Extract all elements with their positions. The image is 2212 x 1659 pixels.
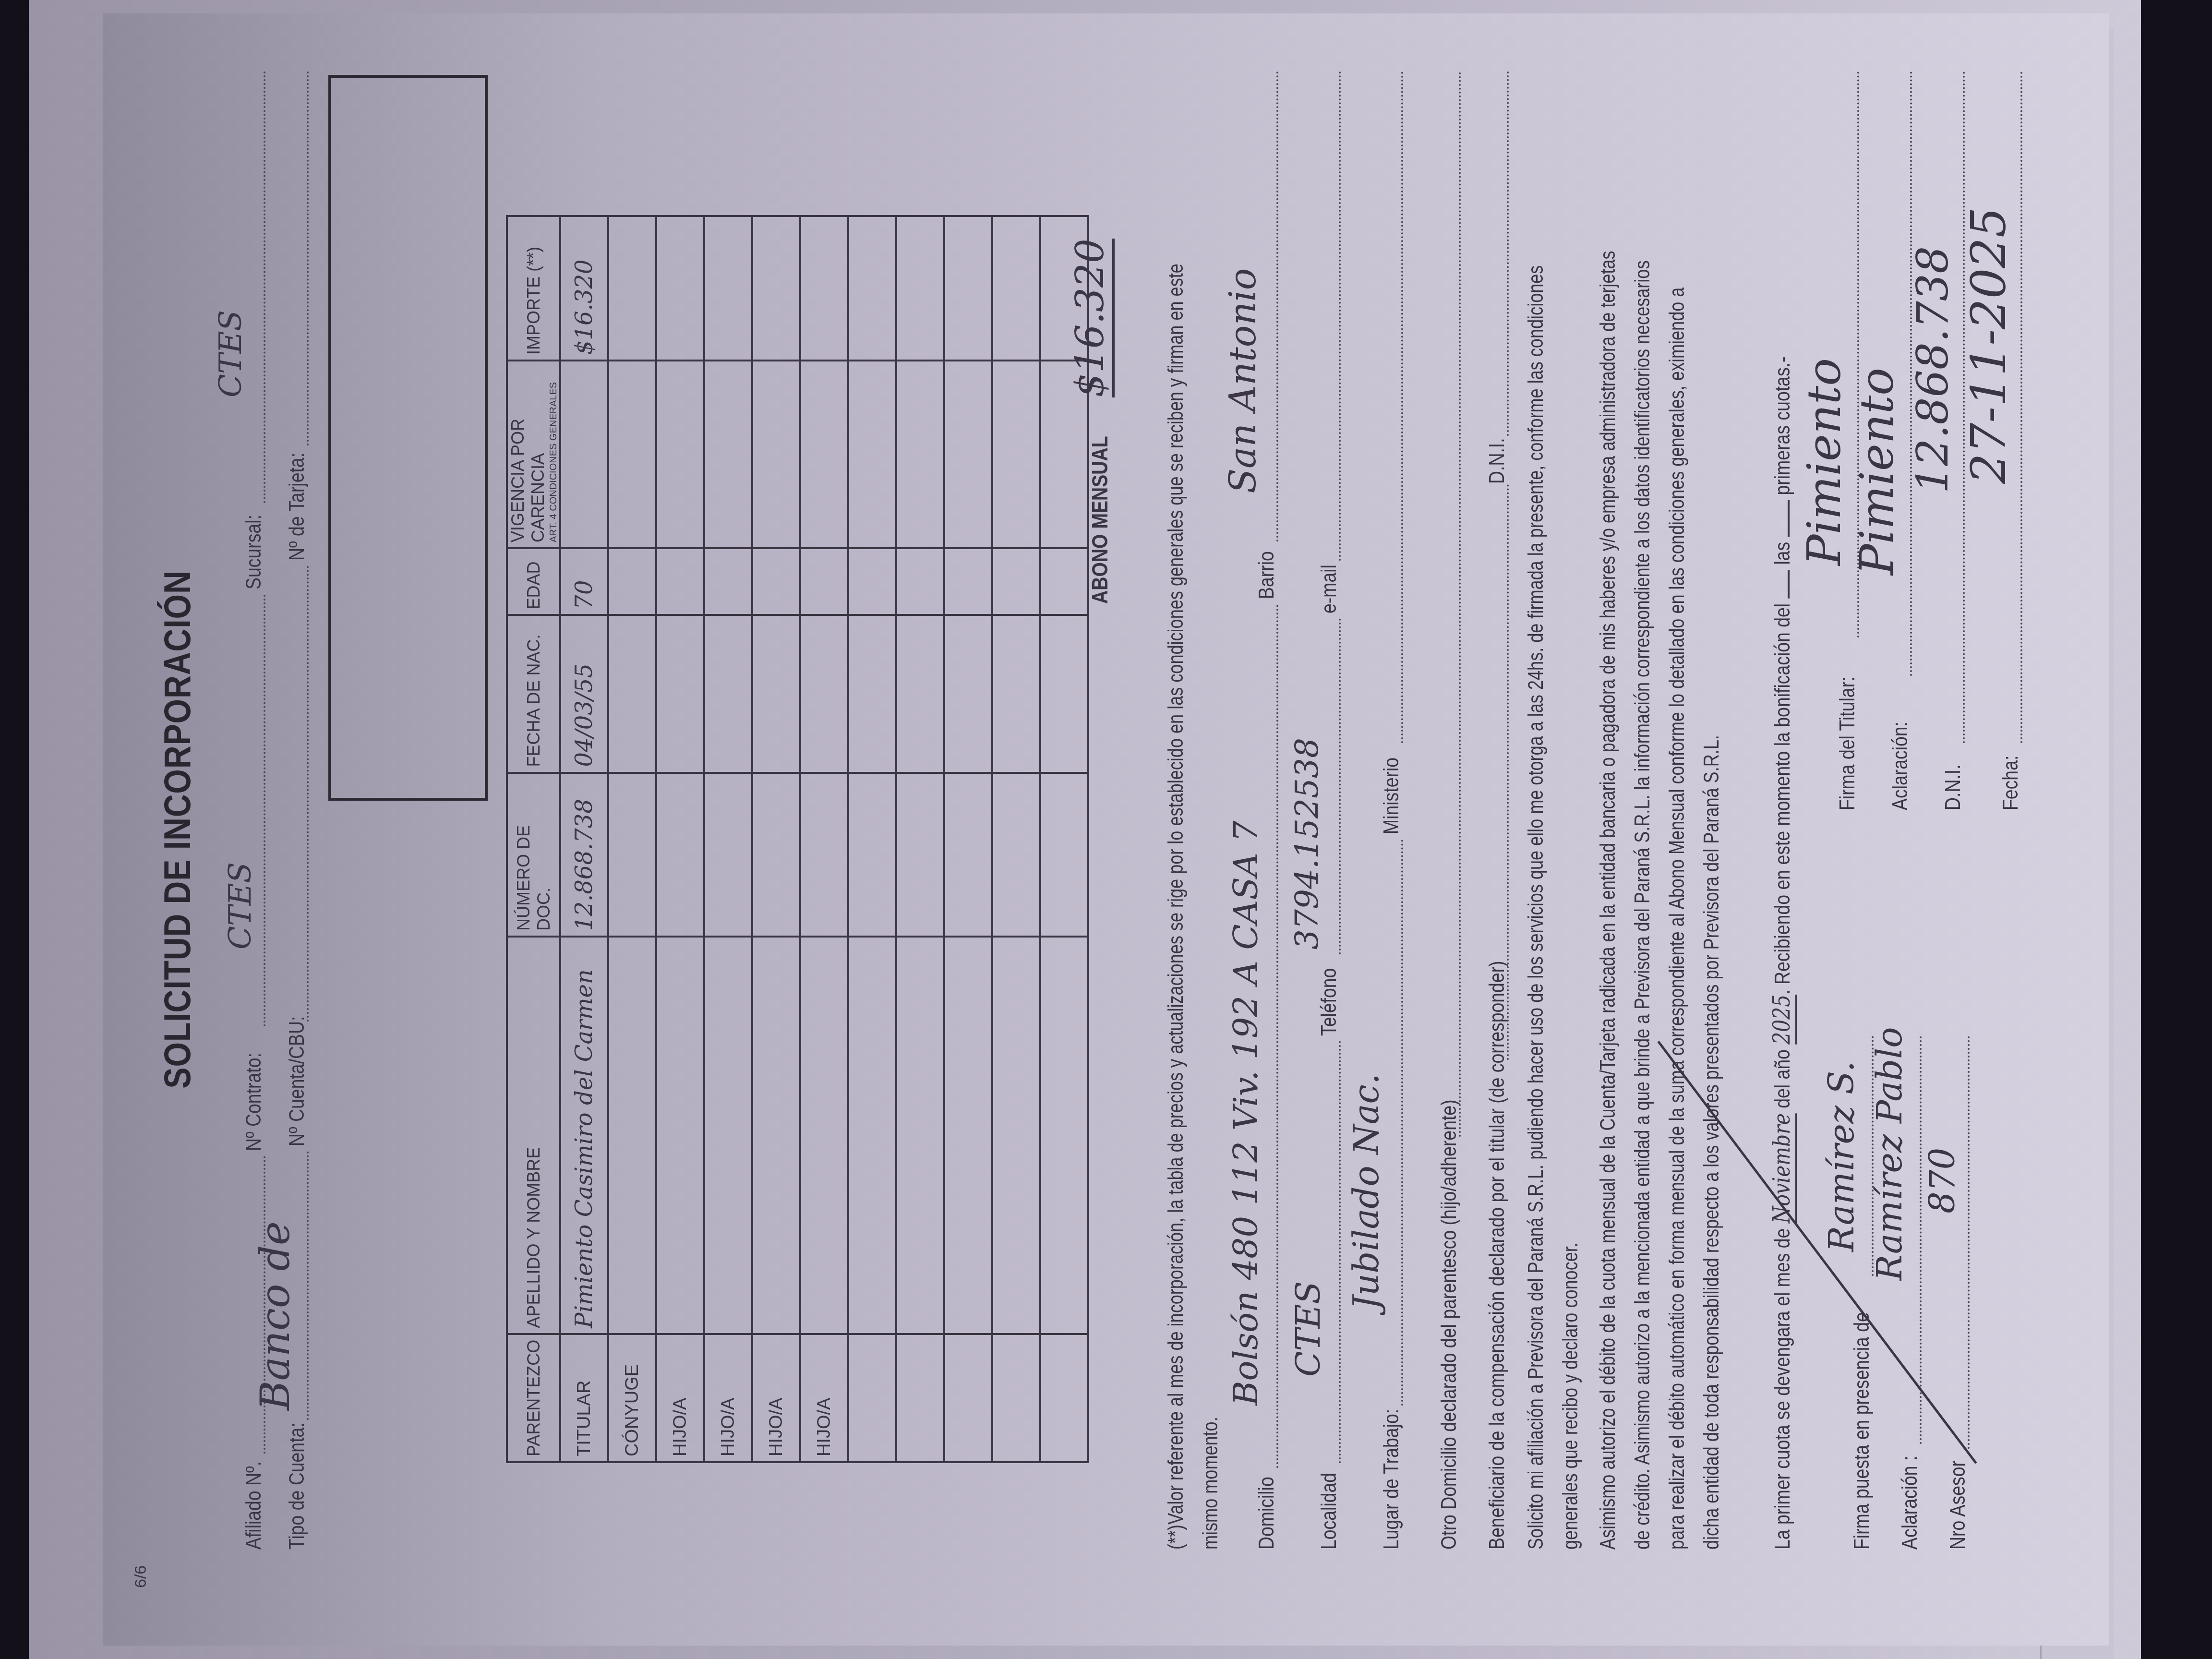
terms-debit-authorization: Asimismo autorizo el débito de la cuota … xyxy=(1591,251,1729,1550)
cell-nombre[interactable] xyxy=(896,937,944,1334)
cell-doc[interactable] xyxy=(800,773,848,937)
col-parentezco: PARENTEZCO xyxy=(507,1334,560,1462)
fecha-label: Fecha: xyxy=(1999,756,2023,810)
primer-cuota-middle: . Recibiendo en este momento la bonifica… xyxy=(1771,603,1794,995)
cell-fecha-nac[interactable] xyxy=(800,615,848,773)
stamp-box xyxy=(328,75,488,801)
asesor-field[interactable] xyxy=(1968,1036,1970,1449)
tipo-cuenta-label: Tipo de Cuenta: xyxy=(285,1422,309,1550)
cell-edad[interactable] xyxy=(704,548,752,615)
cell-doc[interactable] xyxy=(944,773,992,937)
cell-vigencia[interactable] xyxy=(800,361,848,548)
sucursal-field[interactable] xyxy=(264,71,265,503)
cell-importe[interactable]: $16.320 xyxy=(560,216,608,361)
abono-mensual-label: ABONO MENSUAL xyxy=(1087,436,1113,604)
tarjeta-label: Nº de Tarjeta: xyxy=(285,453,309,561)
dni-titular-value: 12.868.738 xyxy=(1908,246,1958,493)
cell-edad[interactable] xyxy=(752,548,800,615)
terms-affiliation: Solicito mi afiliación a Previsora del P… xyxy=(1519,251,1588,1550)
domicilio-field[interactable] xyxy=(1276,604,1278,1468)
cell-parentezco: HIJO/A xyxy=(704,1334,752,1462)
cell-edad[interactable] xyxy=(800,548,848,615)
localidad-field[interactable] xyxy=(1339,1041,1341,1463)
cell-vigencia[interactable] xyxy=(752,361,800,548)
barrio-field[interactable] xyxy=(1276,71,1278,541)
cell-fecha-nac[interactable] xyxy=(944,615,992,773)
tipo-cuenta-field[interactable] xyxy=(307,1151,309,1420)
abono-mensual-value: $16.320 xyxy=(1068,239,1115,397)
contrato-label: Nº Contrato: xyxy=(242,1053,266,1151)
table-row xyxy=(1040,216,1088,1462)
ministerio-label: Ministerio xyxy=(1380,757,1404,834)
cell-nombre[interactable] xyxy=(752,937,800,1334)
cuenta-cbu-field[interactable] xyxy=(307,565,309,1022)
lugar-trabajo-field[interactable] xyxy=(1401,839,1403,1406)
fecha-field[interactable] xyxy=(2020,71,2022,743)
primer-cuota-suffix: primeras cuotas.- xyxy=(1771,357,1794,495)
beneficiario-field[interactable] xyxy=(1507,484,1509,1060)
primer-cuota-prefix: La primer cuota se devengara el mes de xyxy=(1771,1228,1794,1550)
cell-edad[interactable] xyxy=(848,548,896,615)
email-field[interactable] xyxy=(1339,71,1341,561)
otro-domicilio-field[interactable] xyxy=(1459,71,1461,1137)
contrato-field[interactable] xyxy=(264,594,265,1026)
cell-doc[interactable] xyxy=(848,773,896,937)
cell-parentezco: HIJO/A xyxy=(656,1334,704,1462)
cell-nombre[interactable]: Pimiento Casimiro del Carmen xyxy=(560,937,608,1334)
cell-fecha-nac[interactable] xyxy=(752,615,800,773)
cell-edad[interactable] xyxy=(896,548,944,615)
fecha-value: 27-11-2025 xyxy=(1960,207,2017,484)
col-nombre: APELLIDO Y NOMBRE xyxy=(507,937,560,1334)
cell-importe[interactable] xyxy=(752,216,800,361)
aclaracion-left-label: Aclaración : xyxy=(1898,1456,1922,1550)
cell-vigencia[interactable] xyxy=(848,361,896,548)
cell-importe[interactable] xyxy=(800,216,848,361)
cell-edad[interactable] xyxy=(1040,548,1088,615)
cell-parentezco xyxy=(1040,1334,1088,1462)
primer-cuota-line: La primer cuota se devengara el mes de N… xyxy=(1768,357,1797,1550)
barrio-value: San Antonio xyxy=(1221,268,1264,493)
col-importe: IMPORTE (**) xyxy=(507,216,560,361)
cell-nombre[interactable] xyxy=(944,937,992,1334)
ministerio-field[interactable] xyxy=(1401,71,1403,743)
cell-importe[interactable] xyxy=(992,216,1040,361)
cell-vigencia[interactable] xyxy=(944,361,992,548)
asesor-value: 870 xyxy=(1922,1148,1962,1214)
price-footnote: (**)Valor referente al mes de incorporac… xyxy=(1159,251,1228,1550)
tipo-cuenta-value: Banco de xyxy=(252,1221,299,1410)
lugar-trabajo-value: Jubilado Nac. xyxy=(1346,1073,1386,1310)
col-vigencia: VIGENCIA POR CARENCIAART. 4 CONDICIONES … xyxy=(507,361,560,548)
las-label: las xyxy=(1771,542,1794,565)
table-row: HIJO/A xyxy=(704,216,752,1462)
domicilio-label: Domicilio xyxy=(1255,1477,1279,1550)
cell-edad[interactable] xyxy=(944,548,992,615)
cell-fecha-nac[interactable] xyxy=(608,615,656,773)
col-fecha-nac: FECHA DE NAC. xyxy=(507,615,560,773)
cell-nombre[interactable] xyxy=(704,937,752,1334)
firma-titular-value: Pimiento xyxy=(1797,358,1851,565)
cell-fecha-nac[interactable] xyxy=(656,615,704,773)
cell-doc[interactable] xyxy=(656,773,704,937)
cell-nombre[interactable] xyxy=(848,937,896,1334)
asesor-label: Nro Asesor xyxy=(1946,1461,1970,1550)
cell-vigencia[interactable] xyxy=(704,361,752,548)
cell-fecha-nac[interactable] xyxy=(704,615,752,773)
table-row xyxy=(992,216,1040,1462)
cell-vigencia[interactable] xyxy=(896,361,944,548)
telefono-value: 3794.152538 xyxy=(1288,738,1325,950)
las-field[interactable] xyxy=(1788,500,1790,537)
table-row xyxy=(944,216,992,1462)
cell-vigencia[interactable] xyxy=(608,361,656,548)
cell-parentezco xyxy=(896,1334,944,1462)
cell-fecha-nac[interactable]: 04/03/55 xyxy=(560,615,608,773)
localidad-value: CTES xyxy=(1288,1281,1328,1377)
page-title: SOLICITUD DE INCORPORACIÓN xyxy=(156,136,199,1523)
primer-cuota-year-label: del año xyxy=(1771,1049,1794,1108)
cell-parentezco: HIJO/A xyxy=(752,1334,800,1462)
cell-nombre[interactable] xyxy=(800,937,848,1334)
cell-fecha-nac[interactable] xyxy=(896,615,944,773)
col-vigencia-label: VIGENCIA POR CARENCIA xyxy=(508,419,548,542)
sucursal-label: Sucursal: xyxy=(242,515,266,589)
localidad-label: Localidad xyxy=(1317,1473,1341,1550)
cell-importe[interactable] xyxy=(896,216,944,361)
table-row xyxy=(848,216,896,1462)
cell-edad[interactable] xyxy=(992,548,1040,615)
bonificacion-field[interactable] xyxy=(1788,570,1790,599)
cell-nombre[interactable] xyxy=(992,937,1040,1334)
table-row: TITULARPimiento Casimiro del Carmen12.86… xyxy=(560,216,608,1462)
beneficiario-dni-field[interactable] xyxy=(1507,71,1509,436)
aclaracion-right-label: Aclaración: xyxy=(1888,721,1912,810)
cell-nombre[interactable] xyxy=(656,937,704,1334)
afiliado-label: Afiliado Nº. xyxy=(242,1461,266,1550)
cell-fecha-nac[interactable] xyxy=(848,615,896,773)
aclaracion-right-value: Pimiento xyxy=(1850,368,1904,575)
firma-titular-label: Firma del Titular: xyxy=(1836,677,1860,810)
barrio-label: Barrio xyxy=(1255,551,1279,599)
col-edad: EDAD xyxy=(507,548,560,615)
cell-parentezco xyxy=(992,1334,1040,1462)
table-header-row: PARENTEZCO APELLIDO Y NOMBRE NÚMERO DE D… xyxy=(507,216,560,1462)
cuenta-cbu-label: Nº Cuenta/CBU: xyxy=(285,1016,309,1146)
cell-edad[interactable] xyxy=(608,548,656,615)
aclaracion-left-value: Ramírez Pablo xyxy=(1869,1027,1910,1281)
primer-cuota-year[interactable]: 2025 xyxy=(1768,995,1797,1045)
dni-titular-label: D.N.I. xyxy=(1941,764,1965,810)
beneficiario-dni-label: D.N.I. xyxy=(1485,438,1509,484)
col-vigencia-sub: ART. 4 CONDICIONES GENERALES xyxy=(548,366,559,542)
cell-parentezco: HIJO/A xyxy=(800,1334,848,1462)
cell-nombre[interactable] xyxy=(1040,937,1088,1334)
cell-fecha-nac[interactable] xyxy=(992,615,1040,773)
table-row: HIJO/A xyxy=(656,216,704,1462)
lugar-trabajo-label: Lugar de Trabajo: xyxy=(1380,1409,1404,1550)
cell-doc[interactable] xyxy=(752,773,800,937)
cell-doc[interactable] xyxy=(608,773,656,937)
contrato-value: CTES xyxy=(223,862,258,950)
cell-vigencia[interactable] xyxy=(992,361,1040,548)
telefono-label: Teléfono xyxy=(1317,968,1341,1036)
table-row: HIJO/A xyxy=(800,216,848,1462)
beneficiario-label: Beneficiario de la compensación declarad… xyxy=(1485,961,1509,1550)
cell-importe[interactable] xyxy=(848,216,896,361)
tarjeta-field[interactable] xyxy=(307,71,309,445)
application-form-page: 6/6 SOLICITUD DE INCORPORACIÓN Afiliado … xyxy=(103,13,2109,1646)
page-number: 6/6 xyxy=(132,1565,150,1588)
members-body: TITULARPimiento Casimiro del Carmen12.86… xyxy=(560,216,1088,1462)
firma-presencia-value: Ramírez S. xyxy=(1821,1061,1862,1252)
domicilio-value: Bolsón 480 112 Viv. 192 A CASA 7 xyxy=(1226,820,1265,1406)
cell-parentezco: CÓNYUGE xyxy=(608,1334,656,1462)
cell-nombre[interactable] xyxy=(608,937,656,1334)
members-table: PARENTEZCO APELLIDO Y NOMBRE NÚMERO DE D… xyxy=(506,215,1089,1463)
col-documento: NÚMERO DE DOC. xyxy=(507,773,560,937)
cell-vigencia[interactable] xyxy=(656,361,704,548)
aclaracion-left-field[interactable] xyxy=(1920,1036,1922,1444)
cell-doc[interactable] xyxy=(704,773,752,937)
telefono-field[interactable] xyxy=(1339,618,1341,954)
firma-presencia-label: Firma puesta en presencia de xyxy=(1850,1312,1874,1550)
cell-doc[interactable] xyxy=(992,773,1040,937)
table-row: CÓNYUGE xyxy=(608,216,656,1462)
cell-vigencia[interactable] xyxy=(560,361,608,548)
cell-importe[interactable] xyxy=(704,216,752,361)
cell-parentezco: TITULAR xyxy=(560,1334,608,1462)
cell-doc[interactable] xyxy=(896,773,944,937)
cell-fecha-nac[interactable] xyxy=(1040,615,1088,773)
cell-importe[interactable] xyxy=(656,216,704,361)
sucursal-value: CTES xyxy=(213,310,249,397)
cell-edad[interactable]: 70 xyxy=(560,548,608,615)
cell-importe[interactable] xyxy=(944,216,992,361)
table-row: HIJO/A xyxy=(752,216,800,1462)
cell-parentezco xyxy=(848,1334,896,1462)
cell-edad[interactable] xyxy=(656,548,704,615)
email-label: e-mail xyxy=(1317,565,1341,613)
table-row xyxy=(896,216,944,1462)
cell-doc[interactable]: 12.868.738 xyxy=(560,773,608,937)
cell-importe[interactable] xyxy=(608,216,656,361)
otro-domicilio-label: Otro Domicilio declarado del parentesco … xyxy=(1437,1099,1461,1550)
cell-doc[interactable] xyxy=(1040,773,1088,937)
cell-parentezco xyxy=(944,1334,992,1462)
